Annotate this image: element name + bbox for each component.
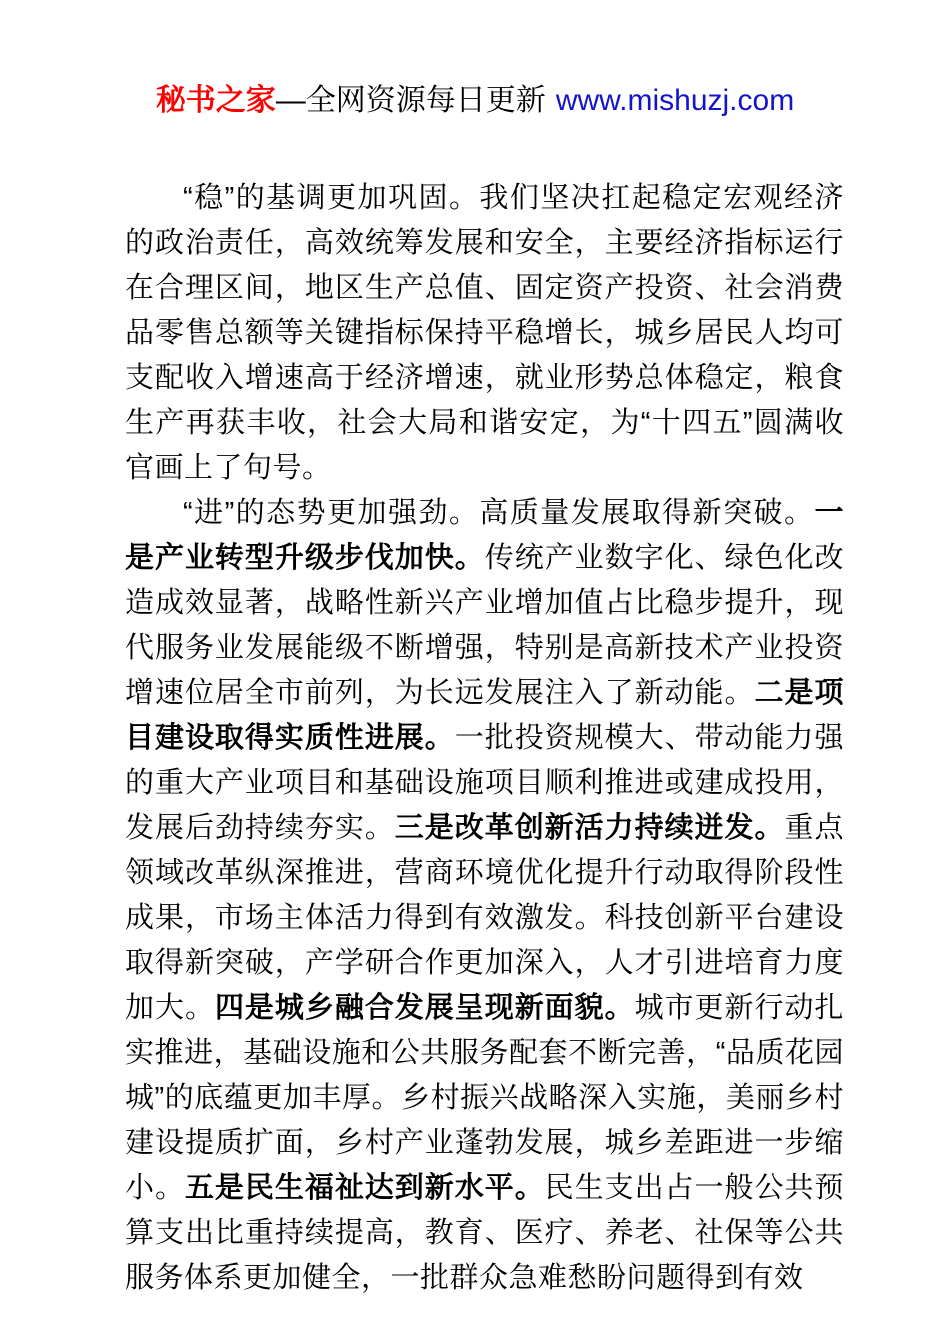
bold-text-run: 五是民生福祉达到新水平。	[185, 1172, 545, 1204]
bold-text-run: 四是城乡融合发展呈现新面貌。	[215, 992, 635, 1024]
site-header: 秘书之家—全网资源每日更新www.mishuzj.com	[0, 82, 950, 120]
site-url-link[interactable]: www.mishuzj.com	[556, 84, 794, 117]
text-run: “进”的态势更加强劲。高质量发展取得新突破。	[183, 497, 814, 529]
text-run: “稳”的基调更加巩固。我们坚决扛起稳定宏观经济的政治责任，高效统筹发展和安全，主…	[125, 182, 844, 484]
header-separator: —	[276, 84, 306, 117]
paragraph: “稳”的基调更加巩固。我们坚决扛起稳定宏观经济的政治责任，高效统筹发展和安全，主…	[125, 176, 844, 491]
document-body: “稳”的基调更加巩固。我们坚决扛起稳定宏观经济的政治责任，高效统筹发展和安全，主…	[125, 176, 844, 1301]
bold-text-run: 三是改革创新活力持续迸发。	[395, 812, 785, 844]
site-name: 秘书之家	[156, 84, 276, 117]
document-page: 秘书之家—全网资源每日更新www.mishuzj.com “稳”的基调更加巩固。…	[0, 0, 950, 1344]
header-tagline: 全网资源每日更新	[306, 84, 546, 117]
paragraph: “进”的态势更加强劲。高质量发展取得新突破。一是产业转型升级步伐加快。传统产业数…	[125, 491, 844, 1301]
